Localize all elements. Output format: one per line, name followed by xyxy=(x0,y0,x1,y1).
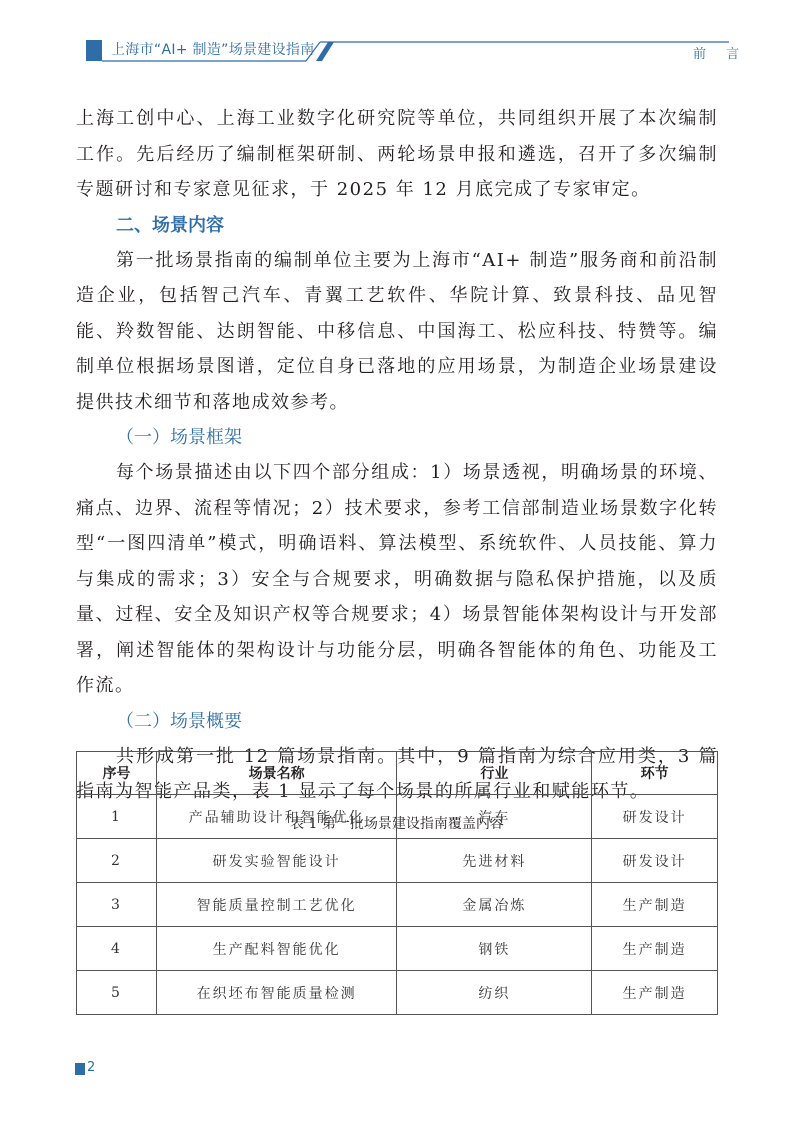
table-row: 3 智能质量控制工艺优化 金属冶炼 生产制造 xyxy=(77,883,718,927)
cell-scene-name: 在织坯布智能质量检测 xyxy=(156,971,397,1015)
cell-scene-name: 生产配料智能优化 xyxy=(156,927,397,971)
page-header: 上海市“AI+ 制造”场景建设指南 前 言 xyxy=(0,0,794,80)
table-row: 5 在织坯布智能质量检测 纺织 生产制造 xyxy=(77,971,718,1015)
header-stage: 环节 xyxy=(592,752,718,795)
subheading-framework: （一）场景框架 xyxy=(76,420,718,455)
cell-index: 1 xyxy=(77,795,157,839)
cell-scene-name: 研发实验智能设计 xyxy=(156,839,397,883)
cell-index: 2 xyxy=(77,839,157,883)
cell-index: 3 xyxy=(77,883,157,927)
header-industry: 行业 xyxy=(397,752,592,795)
document-title: 上海市“AI+ 制造”场景建设指南 xyxy=(111,40,315,61)
cell-stage: 研发设计 xyxy=(592,795,718,839)
page-number: 2 xyxy=(87,1060,95,1075)
section-heading-scene-content: 二、场景内容 xyxy=(76,208,718,243)
cell-scene-name: 产品辅助设计和智能优化 xyxy=(156,795,397,839)
cell-index: 4 xyxy=(77,927,157,971)
subheading-overview: （二）场景概要 xyxy=(76,704,718,739)
footer-accent-block xyxy=(75,1063,85,1075)
table-header-row: 序号 场景名称 行业 环节 xyxy=(77,752,718,795)
paragraph-authors: 第一批场景指南的编制单位主要为上海市“AI+ 制造”服务商和前沿制造企业，包括智… xyxy=(76,243,718,421)
table-row: 4 生产配料智能优化 钢铁 生产制造 xyxy=(77,927,718,971)
header-accent-block xyxy=(86,40,102,61)
table-row: 1 产品辅助设计和智能优化 汽车 研发设计 xyxy=(77,795,718,839)
cell-index: 5 xyxy=(77,971,157,1015)
cell-stage: 生产制造 xyxy=(592,971,718,1015)
paragraph-intro-continued: 上海工创中心、上海工业数字化研究院等单位，共同组织开展了本次编制工作。先后经历了… xyxy=(76,101,718,208)
cell-stage: 生产制造 xyxy=(592,927,718,971)
cell-industry: 汽车 xyxy=(397,795,592,839)
table-row: 2 研发实验智能设计 先进材料 研发设计 xyxy=(77,839,718,883)
cell-industry: 先进材料 xyxy=(397,839,592,883)
cell-scene-name: 智能质量控制工艺优化 xyxy=(156,883,397,927)
cell-industry: 金属冶炼 xyxy=(397,883,592,927)
header-scene-name: 场景名称 xyxy=(156,752,397,795)
page-content: 上海工创中心、上海工业数字化研究院等单位，共同组织开展了本次编制工作。先后经历了… xyxy=(76,101,718,848)
paragraph-framework: 每个场景描述由以下四个部分组成：1）场景透视，明确场景的环境、痛点、边界、流程等… xyxy=(76,455,718,704)
section-label: 前 言 xyxy=(693,43,747,62)
cell-stage: 研发设计 xyxy=(592,839,718,883)
cell-industry: 钢铁 xyxy=(397,927,592,971)
header-index: 序号 xyxy=(77,752,157,795)
scene-coverage-table: 序号 场景名称 行业 环节 1 产品辅助设计和智能优化 汽车 研发设计 2 研发… xyxy=(76,751,718,1015)
cell-industry: 纺织 xyxy=(397,971,592,1015)
cell-stage: 生产制造 xyxy=(592,883,718,927)
